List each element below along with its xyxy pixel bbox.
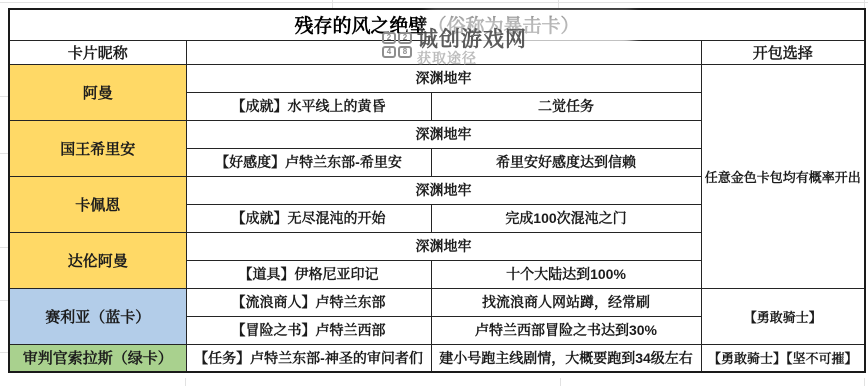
dungeon-merged-cell: 深渊地牢 xyxy=(186,120,701,148)
sheet-gridline xyxy=(864,378,865,386)
header-pack-choice: 开包选择 xyxy=(701,40,865,64)
sheet-gridline xyxy=(332,0,333,8)
sheet-gridline xyxy=(185,378,186,386)
table-row: 审判官索拉斯（绿卡） 【任务】卢特兰东部-神圣的审问者们 建小号跑主线剧情，大概… xyxy=(9,344,865,372)
obtain-detail-cell: 找流浪商人网站蹲，经常刷 xyxy=(431,288,701,316)
table-title: 残存的风之绝壁（俗称为暴击卡） xyxy=(9,9,865,40)
pack-note-cell: 任意金色卡包均有概率开出 xyxy=(701,64,865,288)
card-name-cell: 卡佩恩 xyxy=(9,176,186,232)
dungeon-merged-cell: 深渊地牢 xyxy=(186,64,701,92)
table-row: 残存的风之绝壁（俗称为暴击卡） xyxy=(9,9,865,40)
table-row: 赛利亚（蓝卡） 【流浪商人】卢特兰东部 找流浪商人网站蹲，经常刷 【勇敢骑士】 xyxy=(9,288,865,316)
card-name-cell: 达伦阿曼 xyxy=(9,232,186,288)
sheet-gridline xyxy=(864,0,865,8)
pack-note-cell: 【勇敢骑士】 xyxy=(701,288,865,344)
sheet-gridline xyxy=(0,153,8,154)
obtain-source-cell: 【好感度】卢特兰东部-希里安 xyxy=(186,148,431,176)
dungeon-merged-cell: 深渊地牢 xyxy=(186,232,701,260)
obtain-detail-cell: 建小号跑主线剧情，大概要跑到34级左右 xyxy=(431,344,701,372)
card-acquisition-table: 残存的风之绝壁（俗称为暴击卡） 卡片昵称 开包选择 阿曼 深渊地牢 任意金色卡包… xyxy=(8,8,866,373)
sheet-gridline xyxy=(558,0,559,8)
obtain-source-cell: 【任务】卢特兰东部-神圣的审问者们 xyxy=(186,344,431,372)
table-row: 卡片昵称 开包选择 xyxy=(9,40,865,64)
obtain-source-cell: 【流浪商人】卢特兰东部 xyxy=(186,288,431,316)
dungeon-merged-cell: 深渊地牢 xyxy=(186,176,701,204)
obtain-detail-cell: 二觉任务 xyxy=(431,92,701,120)
pack-note-cell: 【勇敢骑士】【坚不可摧】 xyxy=(701,344,865,372)
obtain-detail-cell: 十个大陆达到100% xyxy=(431,260,701,288)
obtain-detail-cell: 希里安好感度达到信赖 xyxy=(431,148,701,176)
header-card-name: 卡片昵称 xyxy=(9,40,186,64)
sheet-gridline xyxy=(0,352,8,353)
obtain-detail-cell: 卢特兰西部冒险之书达到30% xyxy=(431,316,701,344)
card-name-cell: 审判官索拉斯（绿卡） xyxy=(9,344,186,372)
table-row: 阿曼 深渊地牢 任意金色卡包均有概率开出 xyxy=(9,64,865,92)
header-obtain xyxy=(186,40,701,64)
sheet-gridline xyxy=(0,300,8,301)
card-name-cell: 阿曼 xyxy=(9,64,186,120)
sheet-gridline xyxy=(0,2,868,3)
sheet-gridline xyxy=(0,247,8,248)
card-name-cell: 国王希里安 xyxy=(9,120,186,176)
sheet-gridline xyxy=(560,378,561,386)
page: 残存的风之绝壁（俗称为暴击卡） 卡片昵称 开包选择 阿曼 深渊地牢 任意金色卡包… xyxy=(0,0,868,386)
obtain-detail-cell: 完成100次混沌之门 xyxy=(431,204,701,232)
obtain-source-cell: 【成就】无尽混沌的开始 xyxy=(186,204,431,232)
obtain-source-cell: 【道具】伊格尼亚印记 xyxy=(186,260,431,288)
obtain-source-cell: 【冒险之书】卢特兰西部 xyxy=(186,316,431,344)
sheet-gridline xyxy=(0,96,8,97)
card-name-cell: 赛利亚（蓝卡） xyxy=(9,288,186,344)
obtain-source-cell: 【成就】水平线上的黄昏 xyxy=(186,92,431,120)
